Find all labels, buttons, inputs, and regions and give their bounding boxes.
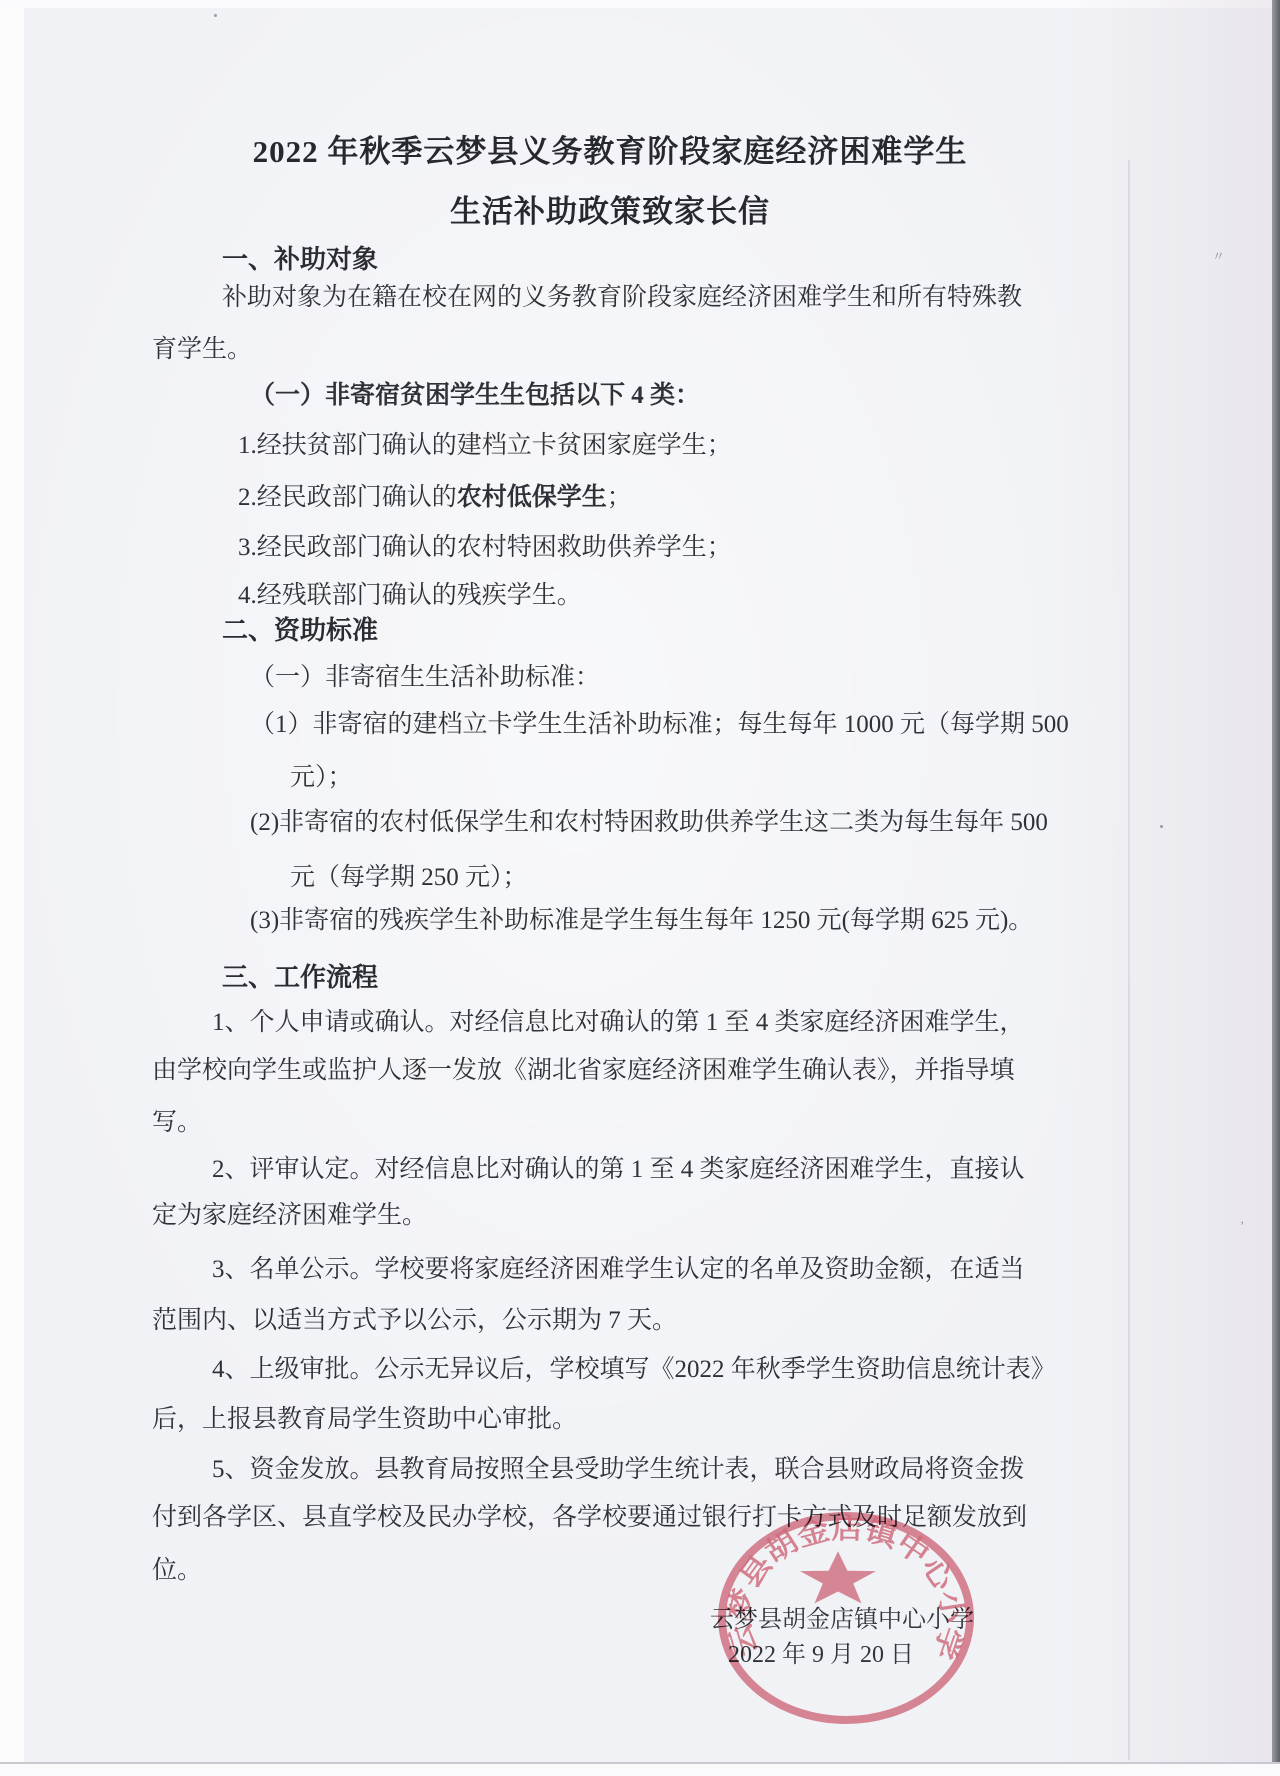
document-line: 定为家庭经济困难学生。 xyxy=(152,1199,427,1233)
document-text-run: 元）； xyxy=(290,764,353,791)
document-line: 1、个人申请或确认。对经信息比对确认的第 1 至 4 类家庭经济困难学生， xyxy=(212,1006,1025,1040)
document-line: （一）非寄宿贫困学生生包括以下 4 类： xyxy=(250,379,700,413)
document-title-line2: 生活补助政策致家长信 xyxy=(0,186,1220,231)
document-line: 写。 xyxy=(152,1106,202,1140)
seal-star xyxy=(800,1551,876,1603)
scan-edge-bottom xyxy=(0,1762,1280,1776)
document-line: 元）； xyxy=(290,761,353,795)
document-text-run: 2.经民政部门确认的 xyxy=(238,484,457,511)
document-text-run: 1、个人申请或确认。对经信息比对确认的第 1 至 4 类家庭经济困难学生， xyxy=(212,1009,1025,1036)
document-text-run: 育学生。 xyxy=(152,336,252,363)
document-text-run: 由学校向学生或监护人逐一发放《湖北省家庭经济困难学生确认表》，并指导填 xyxy=(152,1057,1015,1084)
document-text-run: 2、评审认定。对经信息比对确认的第 1 至 4 类家庭经济困难学生，直接认 xyxy=(212,1156,1025,1183)
document-line: 育学生。 xyxy=(152,333,252,367)
document-line: 范围内、以适当方式予以公示，公示期为 7 天。 xyxy=(152,1304,677,1338)
document-line: 元（每学期 250 元）； xyxy=(290,861,528,895)
scan-speck xyxy=(214,14,217,17)
document-text-run: 二、资助标准 xyxy=(222,616,378,645)
document-text-run: 元（每学期 250 元）； xyxy=(290,864,528,891)
document-line: (3)非寄宿的残疾学生补助标准是学生每生每年 1250 元(每学期 625 元)… xyxy=(250,904,1033,938)
document-text-run: 5、资金发放。县教育局按照全县受助学生统计表，联合县财政局将资金拨 xyxy=(212,1456,1025,1483)
document-text-run: (2)非寄宿的农村低保学生和农村特困救助供养学生这二类为每生每年 500 xyxy=(250,809,1048,836)
document-text-run: ； xyxy=(607,484,632,511)
document-line: 5、资金发放。县教育局按照全县受助学生统计表，联合县财政局将资金拨 xyxy=(212,1453,1025,1487)
document-text-run: 4、上级审批。公示无异议后，学校填写《2022 年秋季学生资助信息统计表》 xyxy=(212,1356,1056,1383)
official-seal: 云梦县胡金店镇中心小学 xyxy=(704,1494,1004,1764)
document-text-run: 农村低保学生 xyxy=(457,484,607,511)
scan-speck xyxy=(1160,825,1163,828)
document-line: 补助对象为在籍在校在网的义务教育阶段家庭经济困难学生和所有特殊教 xyxy=(222,281,1022,315)
document-line: 4、上级审批。公示无异议后，学校填写《2022 年秋季学生资助信息统计表》 xyxy=(212,1353,1056,1387)
document-line: 2.经民政部门确认的农村低保学生； xyxy=(238,481,632,515)
document-text-run: 三、工作流程 xyxy=(222,963,378,992)
document-text-run: 后，上报县教育局学生资助中心审批。 xyxy=(152,1406,577,1433)
document-line: 2、评审认定。对经信息比对确认的第 1 至 4 类家庭经济困难学生，直接认 xyxy=(212,1153,1025,1187)
document-line: 位。 xyxy=(152,1554,202,1588)
document-text-run: 范围内、以适当方式予以公示，公示期为 7 天。 xyxy=(152,1307,677,1334)
document-line: 4.经残联部门确认的残疾学生。 xyxy=(238,579,582,613)
document-title-line1: 2022 年秋季云梦县义务教育阶段家庭经济困难学生 xyxy=(0,126,1220,171)
document-line: 二、资助标准 xyxy=(222,614,378,648)
scan-edge-right xyxy=(1272,0,1280,1776)
document-text-run: (3)非寄宿的残疾学生补助标准是学生每生每年 1250 元(每学期 625 元)… xyxy=(250,907,1033,934)
document-line: （一）非寄宿生生活补助标准： xyxy=(250,661,600,695)
document-line: (2)非寄宿的农村低保学生和农村特困救助供养学生这二类为每生每年 500 xyxy=(250,806,1048,840)
document-line: 3、名单公示。学校要将家庭经济困难学生认定的名单及资助金额，在适当 xyxy=(212,1253,1025,1287)
scan-speck: ’ xyxy=(1240,1218,1244,1234)
document-line: 1.经扶贫部门确认的建档立卡贫困家庭学生； xyxy=(238,429,732,463)
document-line: 一、补助对象 xyxy=(222,243,378,277)
document-text-run: 一、补助对象 xyxy=(222,245,378,274)
document-line: （1）非寄宿的建档立卡学生生活补助标准；每生每年 1000 元（每学期 500 xyxy=(250,708,1069,742)
document-text-run: 定为家庭经济困难学生。 xyxy=(152,1202,427,1229)
document-text-run: 补助对象为在籍在校在网的义务教育阶段家庭经济困难学生和所有特殊教 xyxy=(222,284,1022,311)
document-text-run: 位。 xyxy=(152,1557,202,1584)
document-line: 3.经民政部门确认的农村特困救助供养学生； xyxy=(238,531,732,565)
document-line: 由学校向学生或监护人逐一发放《湖北省家庭经济困难学生确认表》，并指导填 xyxy=(152,1054,1015,1088)
document-line: 三、工作流程 xyxy=(222,961,378,995)
document-text-run: 写。 xyxy=(152,1109,202,1136)
document-text-run: 3.经民政部门确认的农村特困救助供养学生； xyxy=(238,534,732,561)
document-text-run: （1）非寄宿的建档立卡学生生活补助标准；每生每年 1000 元（每学期 500 xyxy=(250,711,1069,738)
document-text-run: （一）非寄宿生生活补助标准： xyxy=(250,664,600,691)
scanned-document: { "page": { "title": { "line1": "2022 年秋… xyxy=(0,0,1280,1776)
document-text-run: 3、名单公示。学校要将家庭经济困难学生认定的名单及资助金额，在适当 xyxy=(212,1256,1025,1283)
document-line: 后，上报县教育局学生资助中心审批。 xyxy=(152,1403,577,1437)
scan-speck: 〃 xyxy=(1212,246,1225,265)
document-text-run: 1.经扶贫部门确认的建档立卡贫困家庭学生； xyxy=(238,432,732,459)
document-text-run: 4.经残联部门确认的残疾学生。 xyxy=(238,582,582,609)
document-text-run: （一）非寄宿贫困学生生包括以下 4 类： xyxy=(250,382,700,409)
